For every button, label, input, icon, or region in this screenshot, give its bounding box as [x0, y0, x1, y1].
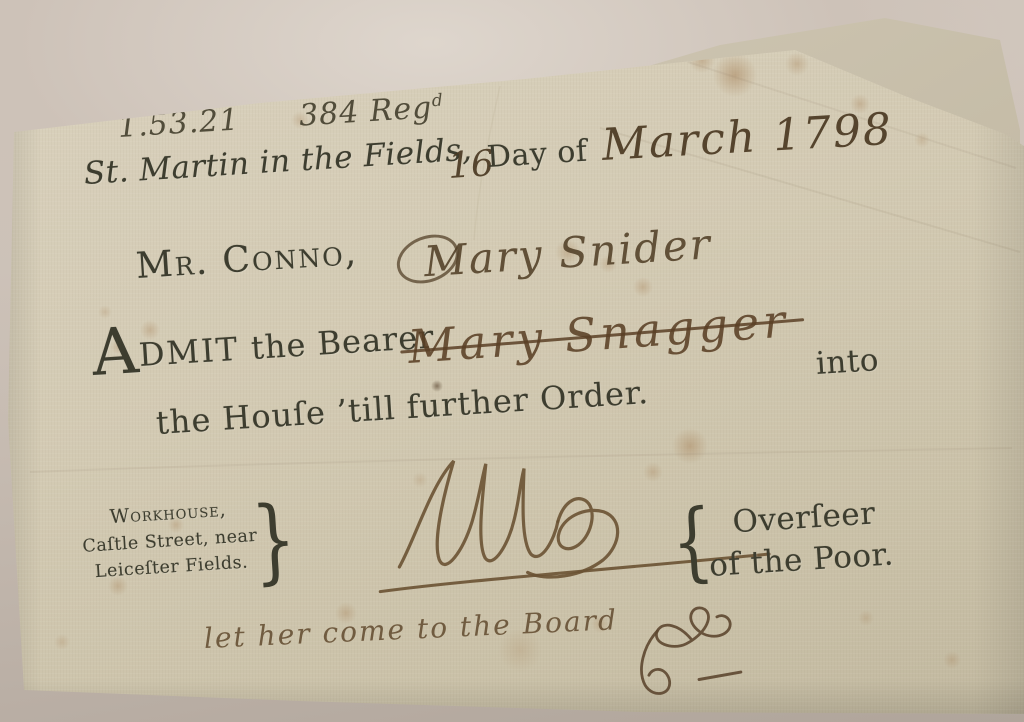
- overseer-title-block: Overſeer of the Poor.: [705, 492, 910, 588]
- workhouse-address-block: Workhouse, Caſtle Street, near Leiceſter…: [77, 494, 262, 586]
- photograph-of-workhouse-admission-ticket: 1.53.21384 Regd St. Martin in the Fields…: [0, 0, 1024, 722]
- right-brace: }: [249, 493, 299, 588]
- day-of-label: Day of: [486, 134, 589, 175]
- into-label: into: [815, 342, 880, 382]
- admit-caps: DMIT: [138, 330, 241, 374]
- register-superscript: d: [431, 91, 444, 112]
- initials-flourish: [626, 593, 775, 703]
- drop-cap-initial: A: [90, 314, 141, 391]
